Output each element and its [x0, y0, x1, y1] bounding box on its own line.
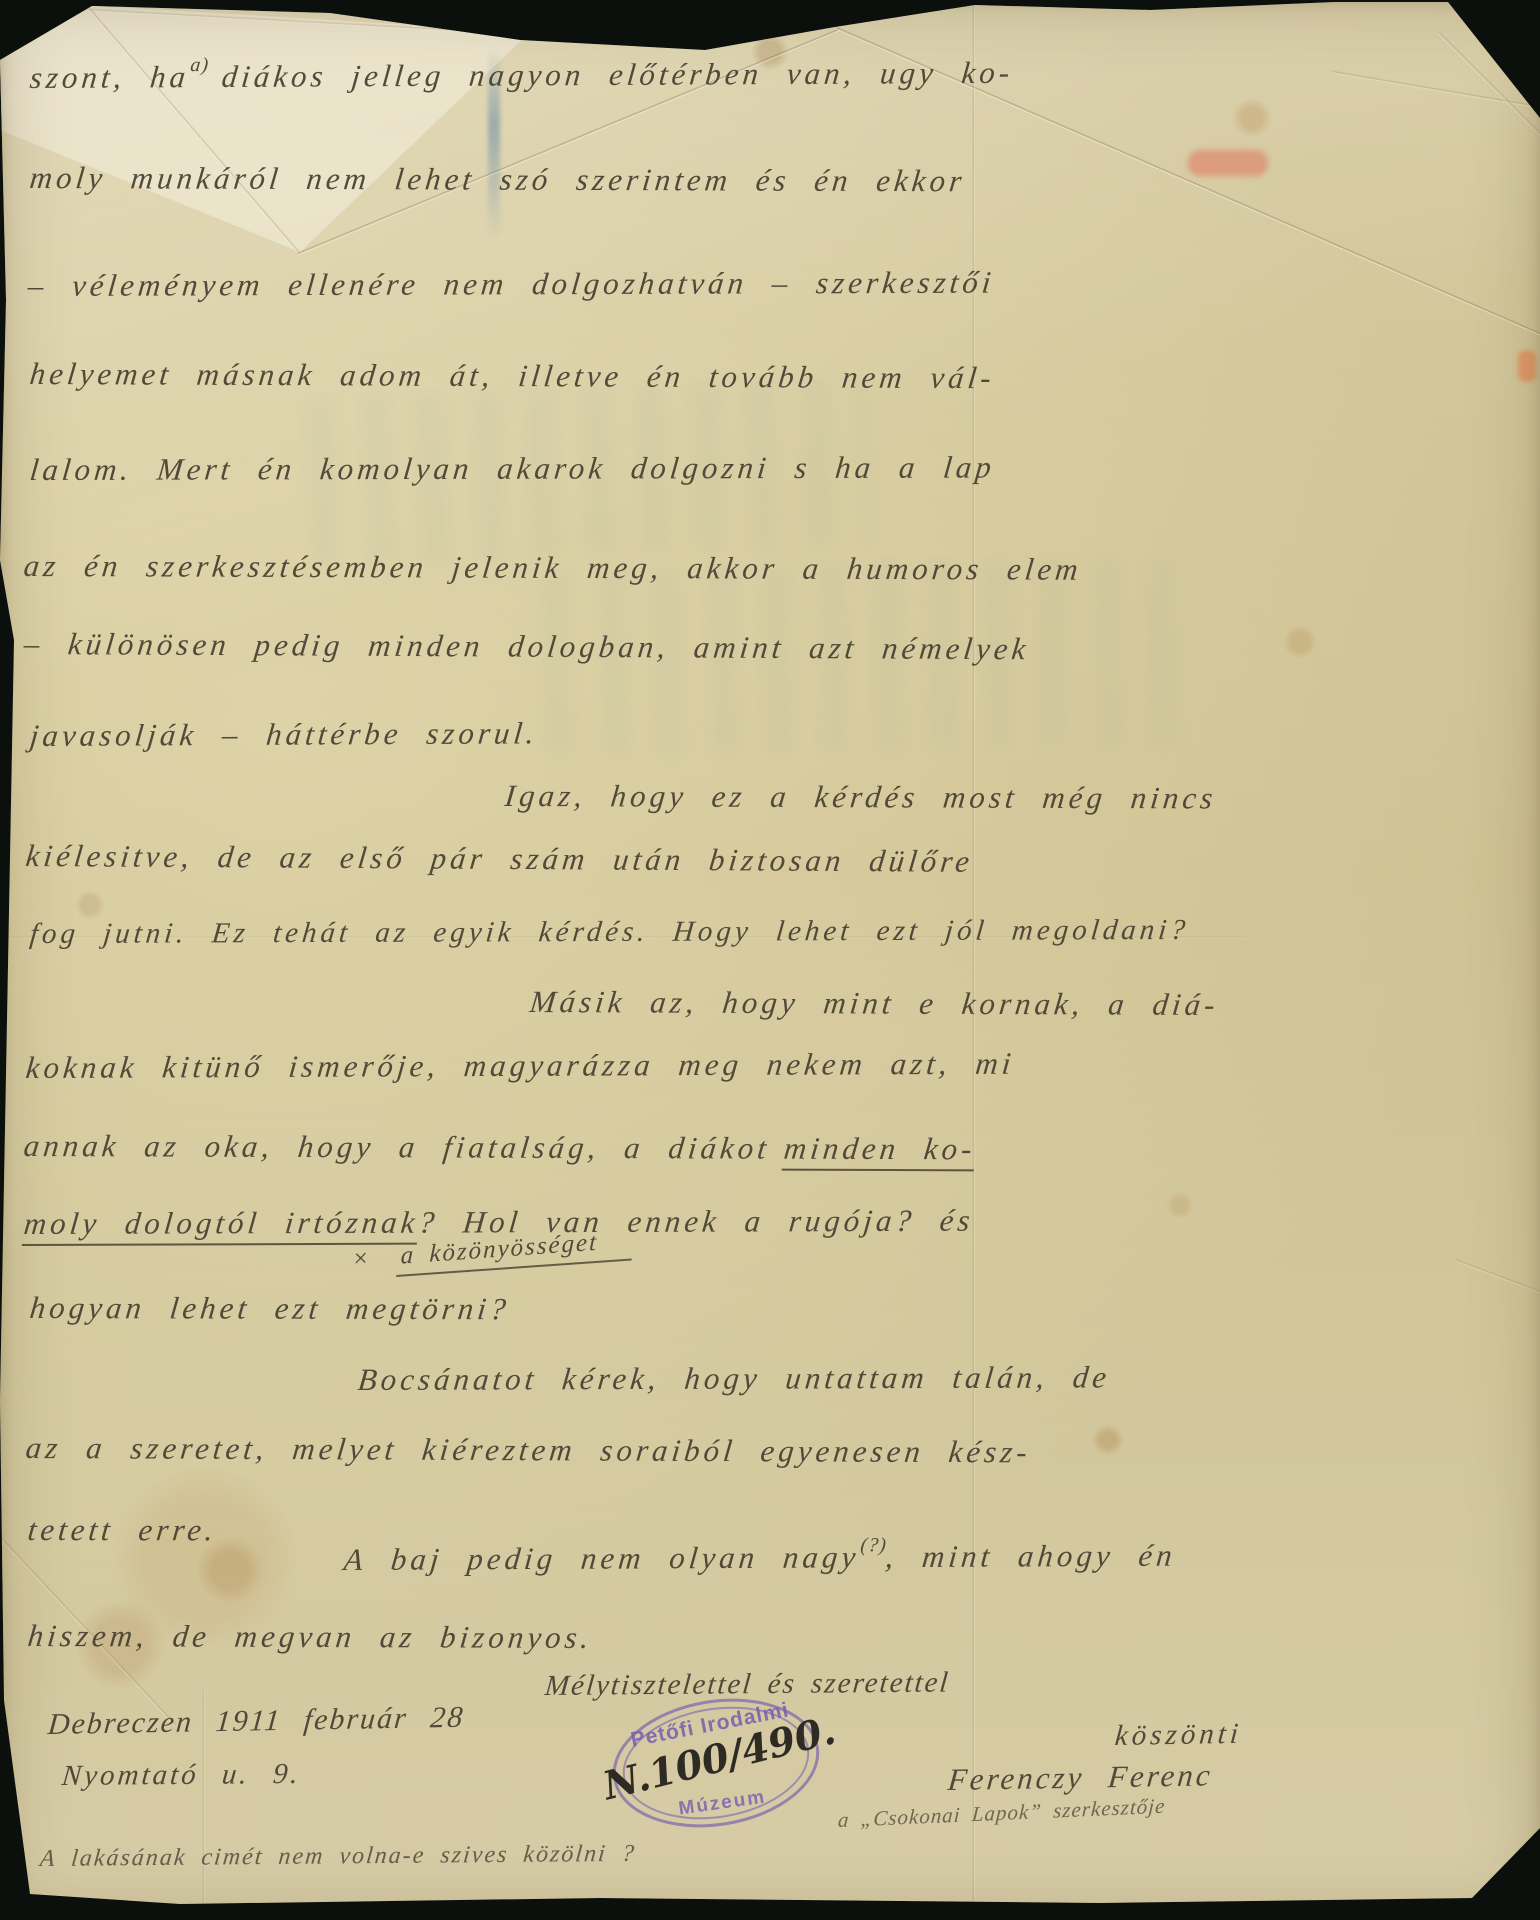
- letter-line-4: helyemet másnak adom át, illetve én tová…: [28, 356, 997, 396]
- letter-line-12: Másik az, hogy mint e kornak, a diá-: [528, 984, 1221, 1023]
- letter-line-9: Igaz, hogy ez a kérdés most még nincs: [503, 778, 1218, 816]
- sender-role-line: a „Csokonai Lapok” szerkesztője: [837, 1794, 1166, 1833]
- superscript-question: (?): [859, 1534, 888, 1556]
- line-text: annak az oka, hogy a fiatalság, a diákot: [22, 1128, 772, 1166]
- crease-line: [1454, 1258, 1540, 1294]
- letter-line-6: az én szerkesztésemben jelenik meg, akko…: [22, 548, 1084, 588]
- orange-edge-mark: [1518, 350, 1536, 382]
- museum-stamp: Petőfi Irodalmi N.100/490. Múzeum: [603, 1685, 828, 1842]
- letter-line-21: A baj pedig nem olyan nagy(?), mint ahog…: [342, 1538, 1177, 1578]
- letter-line-22: hiszem, de megvan az bizonyos.: [26, 1618, 595, 1656]
- superscript-insert-mark: a): [189, 54, 210, 76]
- underlined-text: moly dologtól irtóznak: [22, 1205, 421, 1246]
- letter-line-18: Bocsánatot kérek, hogy untattam talán, d…: [356, 1359, 1112, 1398]
- letter-line-13: koknak kitünő ismerője, magyarázza meg n…: [24, 1046, 1016, 1086]
- letter-line-19: az a szeretet, melyet kiéreztem soraiból…: [24, 1430, 1033, 1470]
- line-text: ? Hol van ennek a rugója? és: [417, 1203, 976, 1240]
- letter-line-10: kiélesitve, de az első pár szám után biz…: [24, 838, 975, 880]
- letter-line-7: – különösen pedig minden dologban, amint…: [22, 626, 1031, 667]
- letter-line-20: tetett erre.: [26, 1512, 219, 1548]
- underlined-text: minden ko-: [782, 1131, 978, 1172]
- scan-background: szont, haa)diákos jelleg nagyon előtérbe…: [0, 0, 1540, 1920]
- line-text: , mint ahogy én: [884, 1538, 1178, 1575]
- letter-paper: szont, haa)diákos jelleg nagyon előtérbe…: [0, 0, 1540, 1920]
- letter-line-14: annak az oka, hogy a fiatalság, a diákot…: [22, 1128, 978, 1167]
- letter-line-17: hogyan lehet ezt megtörni?: [28, 1290, 512, 1327]
- red-smudge: [1188, 150, 1268, 176]
- letter-line-11: fog jutni. Ez tehát az egyik kérdés. Hog…: [28, 914, 1190, 951]
- letter-line-8: javasolják – háttérbe szorul.: [28, 715, 540, 754]
- sender-signature: Ferenczy Ferenc: [946, 1757, 1214, 1798]
- letter-line-1: szont, haa)diákos jelleg nagyon előtérbe…: [28, 55, 1015, 96]
- folded-corner-highlight: [0, 0, 640, 270]
- letter-line-5: lalom. Mert én komolyan akarok dolgozni …: [28, 449, 997, 488]
- greeting-line: köszönti: [1114, 1718, 1244, 1753]
- letter-line-2: moly munkáról nem lehet szó szerintem és…: [28, 160, 967, 199]
- letter-line-3: – véleményem ellenére nem dolgozhatván –…: [26, 265, 996, 304]
- postscript-note: A lakásának cimét nem volna-e szives köz…: [39, 1841, 637, 1873]
- line-text: diákos jelleg nagyon előtérben van, ugy …: [220, 55, 1015, 94]
- address-line: Nyomtató u. 9.: [60, 1758, 302, 1793]
- caret-insert-mark: ×: [352, 1245, 372, 1273]
- date-place-line: Debreczen 1911 február 28: [47, 1701, 466, 1742]
- line-text: szont, ha: [28, 59, 191, 95]
- crease-line: [1437, 31, 1540, 140]
- line-text: A baj pedig nem olyan nagy: [342, 1539, 861, 1577]
